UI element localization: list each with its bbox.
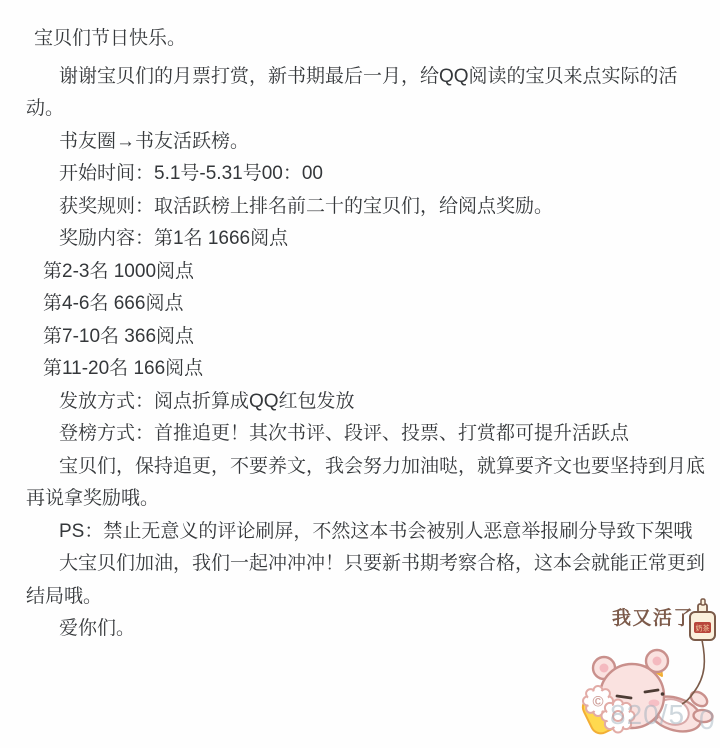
announcement-text: 宝贝们节日快乐。谢谢宝贝们的月票打赏，新书期最后一月，给QQ阅读的宝贝来点实际的… [0, 0, 720, 646]
sticker-caption: 我又活了 [612, 603, 694, 630]
paragraph: 登榜方式：首推追更！其次书评、段评、投票、打赏都可提升活跃点 [26, 418, 706, 451]
paragraph: 获奖规则：取活跃榜上排名前二十的宝贝们，给阅点奖励。 [26, 191, 706, 224]
paragraph: 第7-10名 366阅点 [26, 321, 706, 354]
copyright-icon: © [592, 694, 603, 711]
paragraph: 第4-6名 666阅点 [26, 288, 706, 321]
paragraph: 书友圈→书友活跃榜。 [26, 126, 706, 159]
paragraph: 第11-20名 166阅点 [26, 353, 706, 386]
paragraph: 发放方式：阅点折算成QQ红包发放 [26, 386, 706, 419]
paragraph: 开始时间：5.1号-5.31号00：00 [26, 158, 706, 191]
paragraph: PS：禁止无意义的评论刷屏，不然这本书会被别人恶意举报刷分导致下架哦 [26, 516, 706, 549]
paragraph: 谢谢宝贝们的月票打赏，新书期最后一月，给QQ阅读的宝贝来点实际的活动。 [26, 61, 706, 126]
page-watermark-tail: 0 [699, 704, 715, 736]
paragraph: 第2-3名 1000阅点 [26, 256, 706, 289]
paragraph: 宝贝们节日快乐。 [26, 23, 706, 56]
iv-bag-label: 奶茶 [696, 624, 710, 633]
page-watermark: 820/5 [610, 699, 685, 731]
paragraph: 宝贝们，保持追更，不要养文，我会努力加油哒，就算要齐文也要坚持到月底再说拿奖励哦… [26, 451, 706, 516]
paragraph: 奖励内容：第1名 1666阅点 [26, 223, 706, 256]
